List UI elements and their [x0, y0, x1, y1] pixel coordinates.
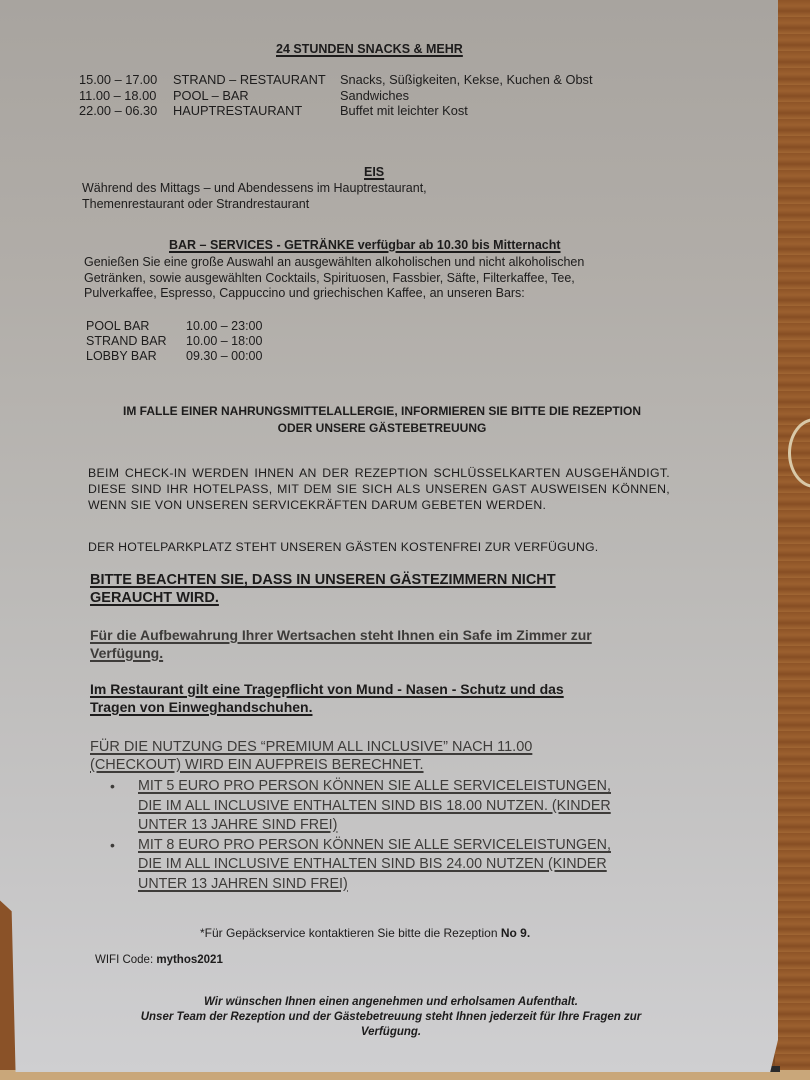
bar-name: STRAND BAR — [86, 334, 186, 349]
smoking-line: BITTE BEACHTEN SIE, DASS IN UNSEREN GÄST… — [90, 571, 556, 589]
bar-line: Getränken, sowie ausgewählten Cocktails,… — [84, 271, 584, 287]
snack-place: HAUPTRESTAURANT — [173, 103, 340, 119]
bar-line: Genießen Sie eine große Auswahl an ausge… — [84, 255, 584, 271]
snack-time: 15.00 – 17.00 — [79, 72, 173, 88]
snacks-row: 11.00 – 18.00 POOL – BAR Sandwiches — [79, 88, 593, 104]
safe-line: Für die Aufbewahrung Ihrer Wertsachen st… — [90, 626, 592, 644]
bar-hours-row: STRAND BAR 10.00 – 18:00 — [86, 334, 262, 349]
mask-notice: Im Restaurant gilt eine Tragepflicht von… — [90, 680, 564, 716]
premium-option: MIT 5 EURO PRO PERSON KÖNNEN SIE ALLE SE… — [92, 777, 611, 836]
snacks-row: 22.00 – 06.30 HAUPTRESTAURANT Buffet mit… — [79, 103, 593, 119]
premium-option-line: MIT 8 EURO PRO PERSON KÖNNEN SIE ALLE SE… — [138, 836, 611, 856]
checkin-paragraph: BEIM CHECK-IN WERDEN IHNEN AN DER REZEPT… — [88, 465, 670, 513]
premium-option-line: UNTER 13 JAHRE SIND FREI) — [138, 816, 611, 836]
closing-message: Wir wünschen Ihnen einen angenehmen und … — [96, 995, 686, 1040]
luggage-text: *Für Gepäckservice kontaktieren Sie bitt… — [200, 926, 501, 940]
eis-line: Themenrestaurant oder Strandrestaurant — [82, 197, 427, 213]
allergy-notice: IM FALLE EINER NAHRUNGSMITTELALLERGIE, I… — [82, 403, 682, 437]
snack-place: STRAND – RESTAURANT — [173, 72, 340, 88]
premium-line: (CHECKOUT) WIRD EIN AUFPREIS BERECHNET. — [90, 756, 532, 774]
wooden-table-background — [775, 0, 810, 1080]
no-smoking-notice: BITTE BEACHTEN SIE, DASS IN UNSEREN GÄST… — [90, 571, 556, 607]
safe-line: Verfügung. — [90, 644, 592, 662]
bar-description: Genießen Sie eine große Auswahl an ausge… — [84, 255, 584, 302]
snack-offer: Buffet mit leichter Kost — [340, 103, 468, 119]
parking-notice: DER HOTELPARKPLATZ STEHT UNSEREN GÄSTEN … — [88, 540, 598, 554]
premium-option-line: MIT 5 EURO PRO PERSON KÖNNEN SIE ALLE SE… — [138, 777, 611, 797]
premium-option-line: DIE IM ALL INCLUSIVE ENTHALTEN SIND BIS … — [138, 797, 611, 817]
snacks-table: 15.00 – 17.00 STRAND – RESTAURANT Snacks… — [79, 72, 593, 119]
hotel-info-sheet: 24 STUNDEN SNACKS & MEHR 15.00 – 17.00 S… — [0, 0, 778, 1072]
bar-time: 09.30 – 00:00 — [186, 349, 262, 364]
wifi-code: mythos2021 — [156, 954, 222, 966]
closing-line: Unser Team der Rezeption und der Gästebe… — [96, 1010, 686, 1025]
wifi-label: WIFI Code: — [95, 954, 156, 966]
wifi-info: WIFI Code: mythos2021 — [95, 954, 223, 966]
snacks-title: 24 STUNDEN SNACKS & MEHR — [276, 42, 463, 56]
premium-option-line: DIE IM ALL INCLUSIVE ENTHALTEN SIND BIS … — [138, 855, 611, 875]
safe-notice: Für die Aufbewahrung Ihrer Wertsachen st… — [90, 626, 592, 662]
bar-hours-row: POOL BAR 10.00 – 23:00 — [86, 319, 262, 334]
eis-title: EIS — [364, 165, 384, 179]
bar-time: 10.00 – 18:00 — [186, 334, 262, 349]
premium-notice: FÜR DIE NUTZUNG DES “PREMIUM ALL INCLUSI… — [90, 738, 532, 774]
smoking-line: GERAUCHT WIRD. — [90, 589, 556, 607]
eis-line: Während des Mittags – und Abendessens im… — [82, 181, 427, 197]
bar-hours-table: POOL BAR 10.00 – 23:00 STRAND BAR 10.00 … — [86, 319, 262, 364]
reception-number: No 9. — [501, 926, 530, 940]
premium-options-list: MIT 5 EURO PRO PERSON KÖNNEN SIE ALLE SE… — [92, 777, 611, 894]
closing-line: Verfügung. — [96, 1025, 686, 1040]
snack-offer: Sandwiches — [340, 88, 409, 104]
closing-line: Wir wünschen Ihnen einen angenehmen und … — [96, 995, 686, 1010]
eis-text: Während des Mittags – und Abendessens im… — [82, 181, 427, 212]
bar-name: LOBBY BAR — [86, 349, 186, 364]
bar-name: POOL BAR — [86, 319, 186, 334]
bar-hours-row: LOBBY BAR 09.30 – 00:00 — [86, 349, 262, 364]
bar-line: Pulverkaffee, Espresso, Cappuccino und g… — [84, 286, 584, 302]
bar-time: 10.00 – 23:00 — [186, 319, 262, 334]
snack-time: 22.00 – 06.30 — [79, 103, 173, 119]
premium-line: FÜR DIE NUTZUNG DES “PREMIUM ALL INCLUSI… — [90, 738, 532, 756]
allergy-line: ODER UNSERE GÄSTEBETREUUNG — [82, 420, 682, 437]
luggage-service-note: *Für Gepäckservice kontaktieren Sie bitt… — [200, 926, 530, 940]
bar-title: BAR – SERVICES - GETRÄNKE verfügbar ab 1… — [169, 238, 561, 252]
snacks-row: 15.00 – 17.00 STRAND – RESTAURANT Snacks… — [79, 72, 593, 88]
snack-place: POOL – BAR — [173, 88, 340, 104]
premium-option-line: UNTER 13 JAHREN SIND FREI) — [138, 875, 611, 895]
premium-option: MIT 8 EURO PRO PERSON KÖNNEN SIE ALLE SE… — [92, 836, 611, 895]
mask-line: Tragen von Einweghandschuhen. — [90, 698, 564, 716]
allergy-line: IM FALLE EINER NAHRUNGSMITTELALLERGIE, I… — [82, 403, 682, 420]
mask-line: Im Restaurant gilt eine Tragepflicht von… — [90, 680, 564, 698]
snack-offer: Snacks, Süßigkeiten, Kekse, Kuchen & Obs… — [340, 72, 593, 88]
snack-time: 11.00 – 18.00 — [79, 88, 173, 104]
